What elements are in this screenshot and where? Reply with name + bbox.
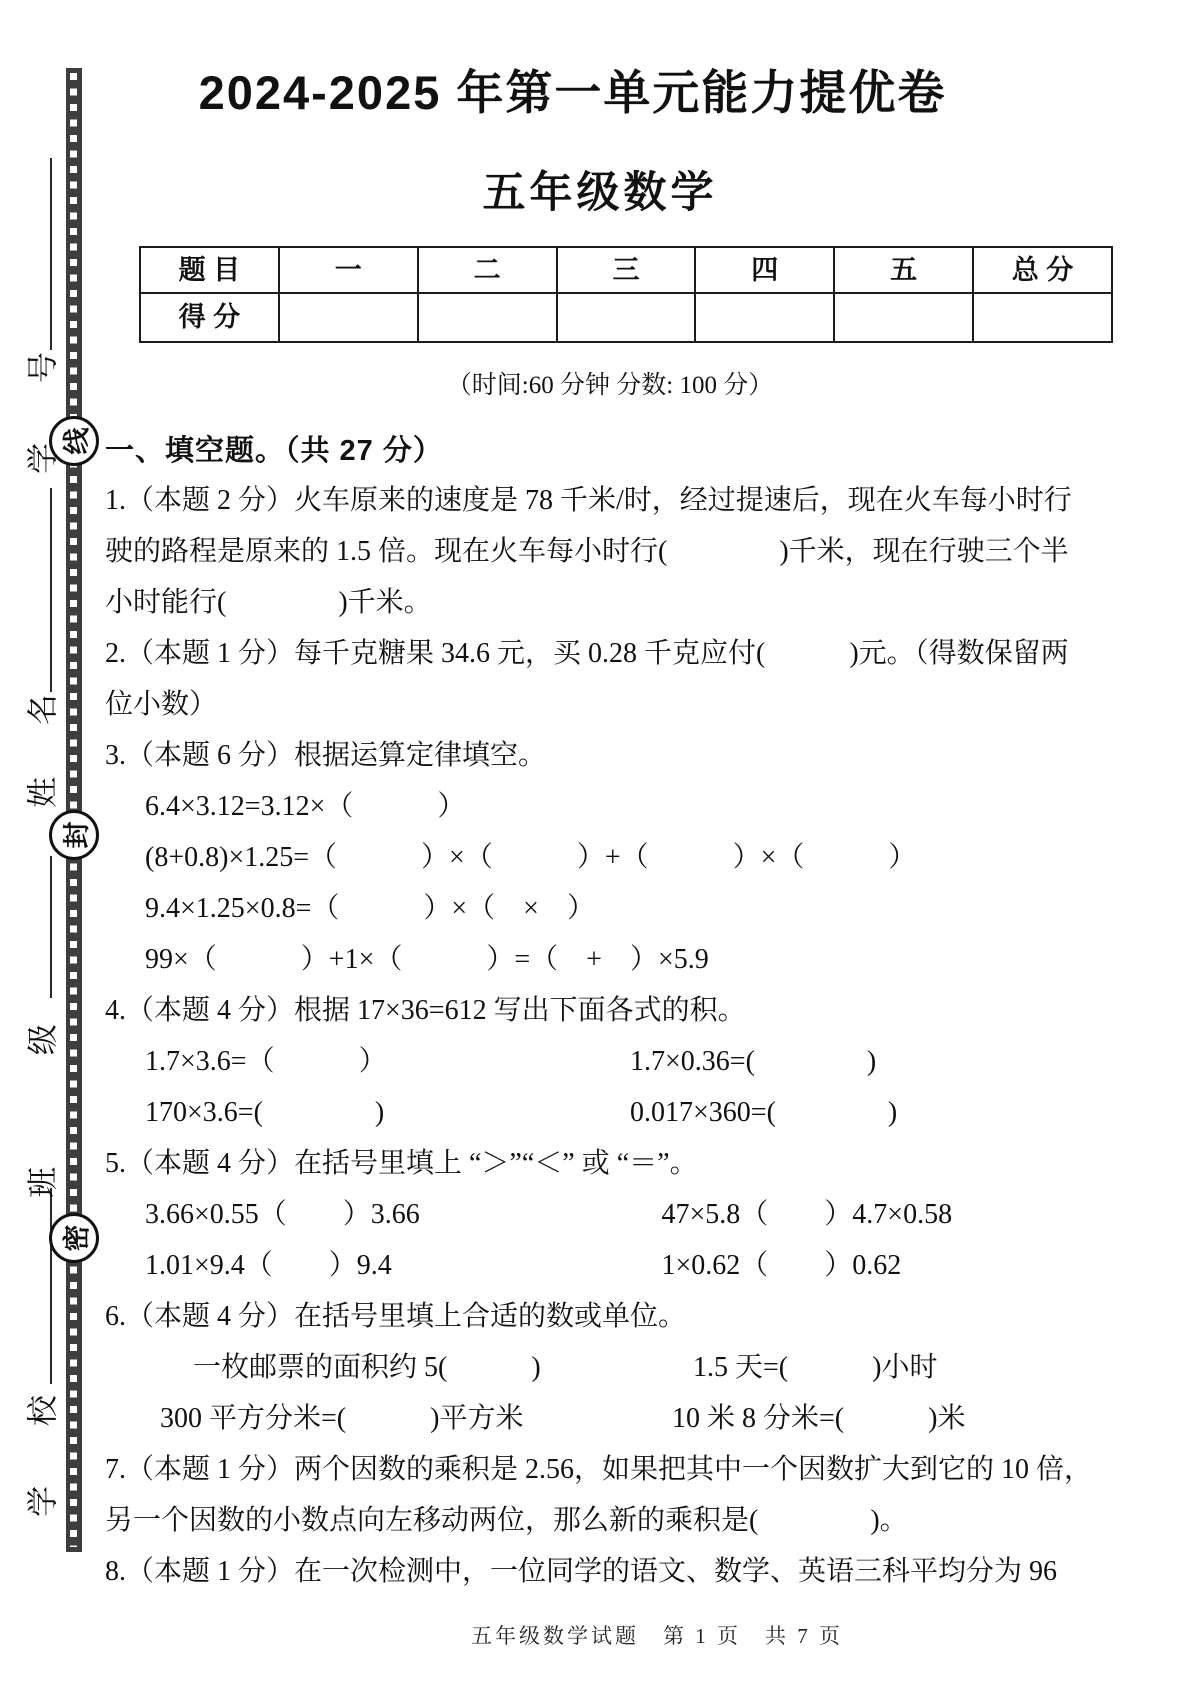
page-footer: 五年级数学试题 第 1 页 共 7 页	[105, 1620, 1155, 1650]
q6-row1: 一枚邮票的面积约 5( ) 1.5 天=( )小时	[105, 1342, 1155, 1393]
q2-line2: 位小数）	[105, 679, 1155, 730]
exam-subtitle: 五年级数学	[105, 166, 1095, 220]
q5-row2-left: 1.01×9.4（ ）9.4	[105, 1240, 662, 1291]
seal-character-mi: 密	[49, 1213, 99, 1263]
score-cell	[557, 293, 696, 342]
q3-line1: 3.（本题 6 分）根据运算定律填空。	[105, 730, 1155, 781]
q5-row2-right: 1×0.62（ ）0.62	[662, 1240, 902, 1291]
q4-row1-left: 1.7×3.6=（ ）	[105, 1036, 630, 1087]
q6-row2: 300 平方分米=( )平方米 10 米 8 分米=( )米	[105, 1393, 1155, 1444]
score-cell	[695, 293, 834, 342]
exam-meta-info: （时间:60 分钟 分数: 100 分）	[105, 369, 1115, 403]
q5-row2: 1.01×9.4（ ）9.4 1×0.62（ ）0.62	[105, 1240, 1155, 1291]
q7-line2: 另一个因数的小数点向左移动两位，那么新的乘积是( )。	[105, 1495, 1155, 1546]
q5-row1-right: 47×5.8（ ）4.7×0.58	[662, 1189, 953, 1240]
score-table-header-cell: 三	[557, 247, 696, 293]
q4-row1-right: 1.7×0.36=( )	[630, 1036, 876, 1087]
q4-row2-right: 0.017×360=( )	[630, 1087, 897, 1138]
exam-title: 2024-2025 年第一单元能力提优卷	[105, 64, 1040, 122]
score-table-header-row: 题 目 一 二 三 四 五 总 分	[140, 247, 1112, 293]
q4-row1: 1.7×3.6=（ ） 1.7×0.36=( )	[105, 1036, 1155, 1087]
q6-row2-left: 300 平方分米=( )平方米	[105, 1393, 672, 1444]
q4-line1: 4.（本题 4 分）根据 17×36=612 写出下面各式的积。	[105, 985, 1155, 1036]
q2-line1: 2.（本题 1 分）每千克糖果 34.6 元，买 0.28 千克应付( )元。（…	[105, 628, 1155, 679]
score-table-score-row: 得 分	[140, 293, 1112, 342]
q1-line3: 小时能行( )千米。	[105, 577, 1155, 628]
score-cell	[834, 293, 973, 342]
seal-character-feng: 封	[49, 810, 99, 860]
q5-row1-left: 3.66×0.55（ ）3.66	[105, 1189, 662, 1240]
score-cell	[279, 293, 418, 342]
q7-line1: 7.（本题 1 分）两个因数的乘积是 2.56，如果把其中一个因数扩大到它的 1…	[105, 1444, 1155, 1495]
student-number-fill-line	[50, 158, 52, 350]
score-cell	[973, 293, 1112, 342]
score-table-header-cell: 题 目	[140, 247, 279, 293]
q5-row1: 3.66×0.55（ ）3.66 47×5.8（ ）4.7×0.58	[105, 1189, 1155, 1240]
q3-equation3: 9.4×1.25×0.8=（ ）×（ × ）	[105, 883, 1155, 934]
q8-line1: 8.（本题 1 分）在一次检测中，一位同学的语文、数学、英语三科平均分为 96	[105, 1546, 1155, 1597]
q6-row1-left: 一枚邮票的面积约 5( )	[105, 1342, 693, 1393]
score-cell	[418, 293, 557, 342]
score-table-header-cell: 四	[695, 247, 834, 293]
q3-equation4: 99×（ ）+1×（ ）=（ + ）×5.9	[105, 934, 1155, 985]
q3-equation1: 6.4×3.12=3.12×（ ）	[105, 781, 1155, 832]
score-table-header-cell: 总 分	[973, 247, 1112, 293]
exam-page: 学 号 姓 名 班 级 学 校 线 封 密 2024-2025 年第一单元能力提…	[0, 0, 1191, 1684]
q6-row1-right: 1.5 天=( )小时	[693, 1342, 937, 1393]
score-table-header-cell: 一	[279, 247, 418, 293]
q5-line1: 5.（本题 4 分）在括号里填上 “＞”“＜” 或 “＝”。	[105, 1138, 1155, 1189]
score-table-header-cell: 二	[418, 247, 557, 293]
exam-content: 2024-2025 年第一单元能力提优卷 五年级数学 题 目 一 二 三 四 五…	[105, 0, 1155, 1597]
q4-row2: 170×3.6=( ) 0.017×360=( )	[105, 1087, 1155, 1138]
q3-equation2: (8+0.8)×1.25=（ ）×（ ）+（ ）×（ ）	[105, 832, 1155, 883]
q4-row2-left: 170×3.6=( )	[105, 1087, 630, 1138]
q6-row2-right: 10 米 8 分米=( )米	[672, 1393, 965, 1444]
seal-character-line: 线	[49, 416, 99, 466]
q1-line2: 驶的路程是原来的 1.5 倍。现在火车每小时行( )千米，现在行驶三个半	[105, 526, 1155, 577]
name-fill-line	[50, 488, 52, 692]
score-table: 题 目 一 二 三 四 五 总 分 得 分	[139, 246, 1113, 343]
score-table-header-cell: 五	[834, 247, 973, 293]
q6-line1: 6.（本题 4 分）在括号里填上合适的数或单位。	[105, 1291, 1155, 1342]
section1-heading: 一、填空题。（共 27 分）	[105, 427, 1155, 475]
class-label: 班 级	[18, 972, 63, 1198]
school-label: 学 校	[18, 1369, 63, 1517]
name-label: 姓 名	[18, 672, 63, 808]
score-row-label: 得 分	[140, 293, 279, 342]
q1-line1: 1.（本题 2 分）火车原来的速度是 78 千米/时，经过提速后，现在火车每小时…	[105, 475, 1155, 526]
school-fill-line	[50, 1188, 52, 1384]
